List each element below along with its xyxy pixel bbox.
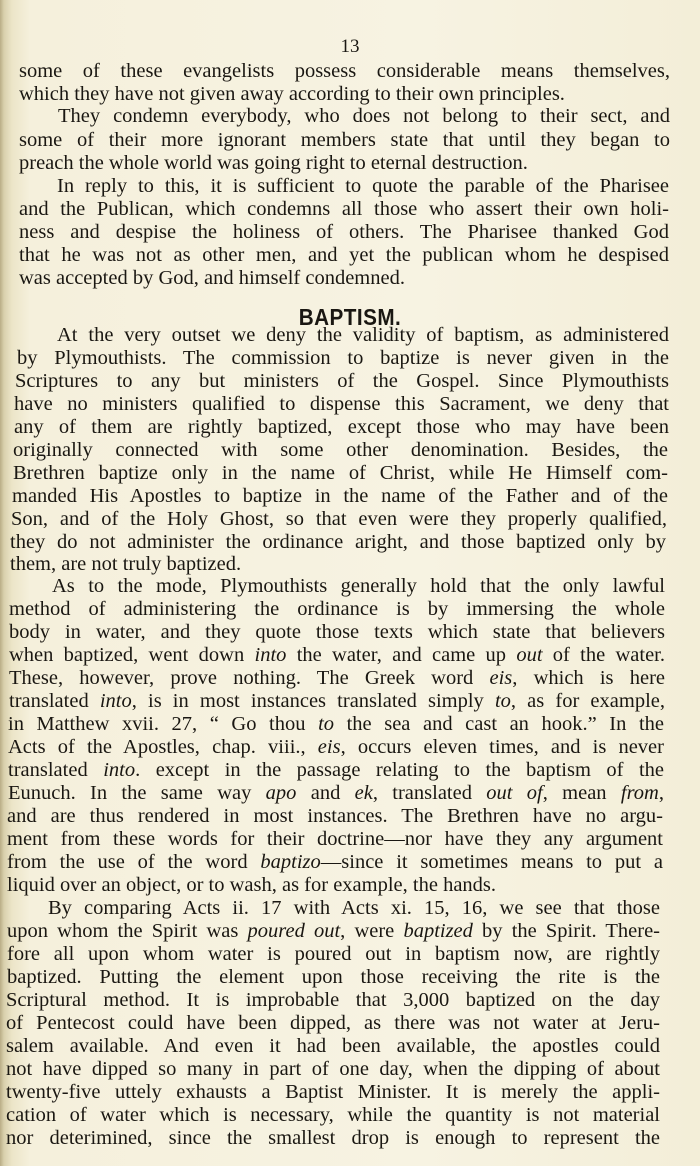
- text-line: liquid over an object, or to wash, as fo…: [7, 874, 547, 897]
- text-line: In reply to this, it is sufficient to qu…: [57, 175, 669, 198]
- text-line: was accepted by God, and himself condemn…: [19, 267, 443, 290]
- text-line: nor deterimined, since the smallest drop…: [6, 1127, 660, 1150]
- text-line: ment from these words for their doctrine…: [7, 828, 663, 851]
- page-number: 13: [0, 36, 700, 58]
- text-line: fore all upon whom water is poured out i…: [7, 943, 660, 966]
- text-line: have no ministers qualified to dispense …: [14, 393, 669, 416]
- text-line: translated into, is in most instances tr…: [9, 690, 665, 713]
- text-line: when baptized, went down into the water,…: [9, 644, 665, 667]
- text-line: ness and despise the holiness of others.…: [19, 221, 669, 244]
- text-line: Son, and of the Holy Ghost, so that even…: [11, 508, 667, 531]
- text-line: By comparing Acts ii. 17 with Acts xi. 1…: [48, 897, 660, 920]
- text-line: manded His Apostles to baptize in the na…: [12, 485, 668, 508]
- text-line: salem available. And even it had been av…: [6, 1035, 660, 1058]
- text-line: twenty-five uttely exhausts a Baptist Mi…: [6, 1081, 660, 1104]
- text-line: upon whom the Spirit was poured out, wer…: [7, 920, 660, 943]
- text-line: Scriptures to any but ministers of the G…: [15, 370, 669, 393]
- text-line: At the very outset we deny the validity …: [57, 324, 669, 347]
- text-line: that he was not as other men, and yet th…: [19, 244, 669, 267]
- text-line: from the use of the word baptizo—since i…: [7, 851, 663, 874]
- text-line: which they have not given away according…: [19, 83, 634, 106]
- text-line: preach the whole world was going right t…: [19, 152, 599, 175]
- book-page: 13 BAPTISM. some of these evangelists po…: [0, 0, 700, 1166]
- text-line: These, however, prove nothing. The Greek…: [9, 667, 665, 690]
- text-line: not have dipped so many in part of one d…: [6, 1058, 660, 1081]
- text-line: baptized. Putting the element upon those…: [7, 966, 660, 989]
- text-line: method of administering the ordinance is…: [9, 598, 665, 621]
- text-line: Brethren baptize only in the name of Chr…: [13, 462, 668, 485]
- text-line: some of these evangelists possess consid…: [19, 60, 670, 83]
- text-line: translated into. except in the passage r…: [8, 759, 664, 782]
- text-line: They condemn everybody, who does not bel…: [58, 105, 670, 128]
- text-line: and are thus rendered in most instances.…: [7, 805, 663, 828]
- text-line: and the Publican, which condemns all tho…: [19, 198, 669, 221]
- text-line: body in water, and they quote those text…: [9, 621, 665, 644]
- text-line: As to the mode, Plymouthists generally h…: [52, 575, 665, 598]
- text-line: Eunuch. In the same way apo and ek, tran…: [8, 782, 664, 805]
- text-line: some of their more ignorant members stat…: [19, 129, 670, 152]
- text-line: by Plymouthists. The commission to bapti…: [17, 347, 669, 370]
- text-line: in Matthew xvii. 27, “ Go thou to the se…: [8, 713, 664, 736]
- text-line: Scriptural method. It is improbable that…: [6, 989, 660, 1012]
- text-line: originally connected with some other den…: [13, 439, 668, 462]
- text-line: cation of water which is necessary, whil…: [6, 1104, 660, 1127]
- text-line: them, are not truly baptized.: [10, 553, 277, 576]
- text-line: they do not administer the ordinance ari…: [10, 531, 666, 554]
- text-line: of Pentecost could have been dipped, as …: [6, 1012, 660, 1035]
- text-line: any of them are rightly baptized, except…: [14, 416, 669, 439]
- text-line: Acts of the Apostles, chap. viii., eis, …: [8, 736, 664, 759]
